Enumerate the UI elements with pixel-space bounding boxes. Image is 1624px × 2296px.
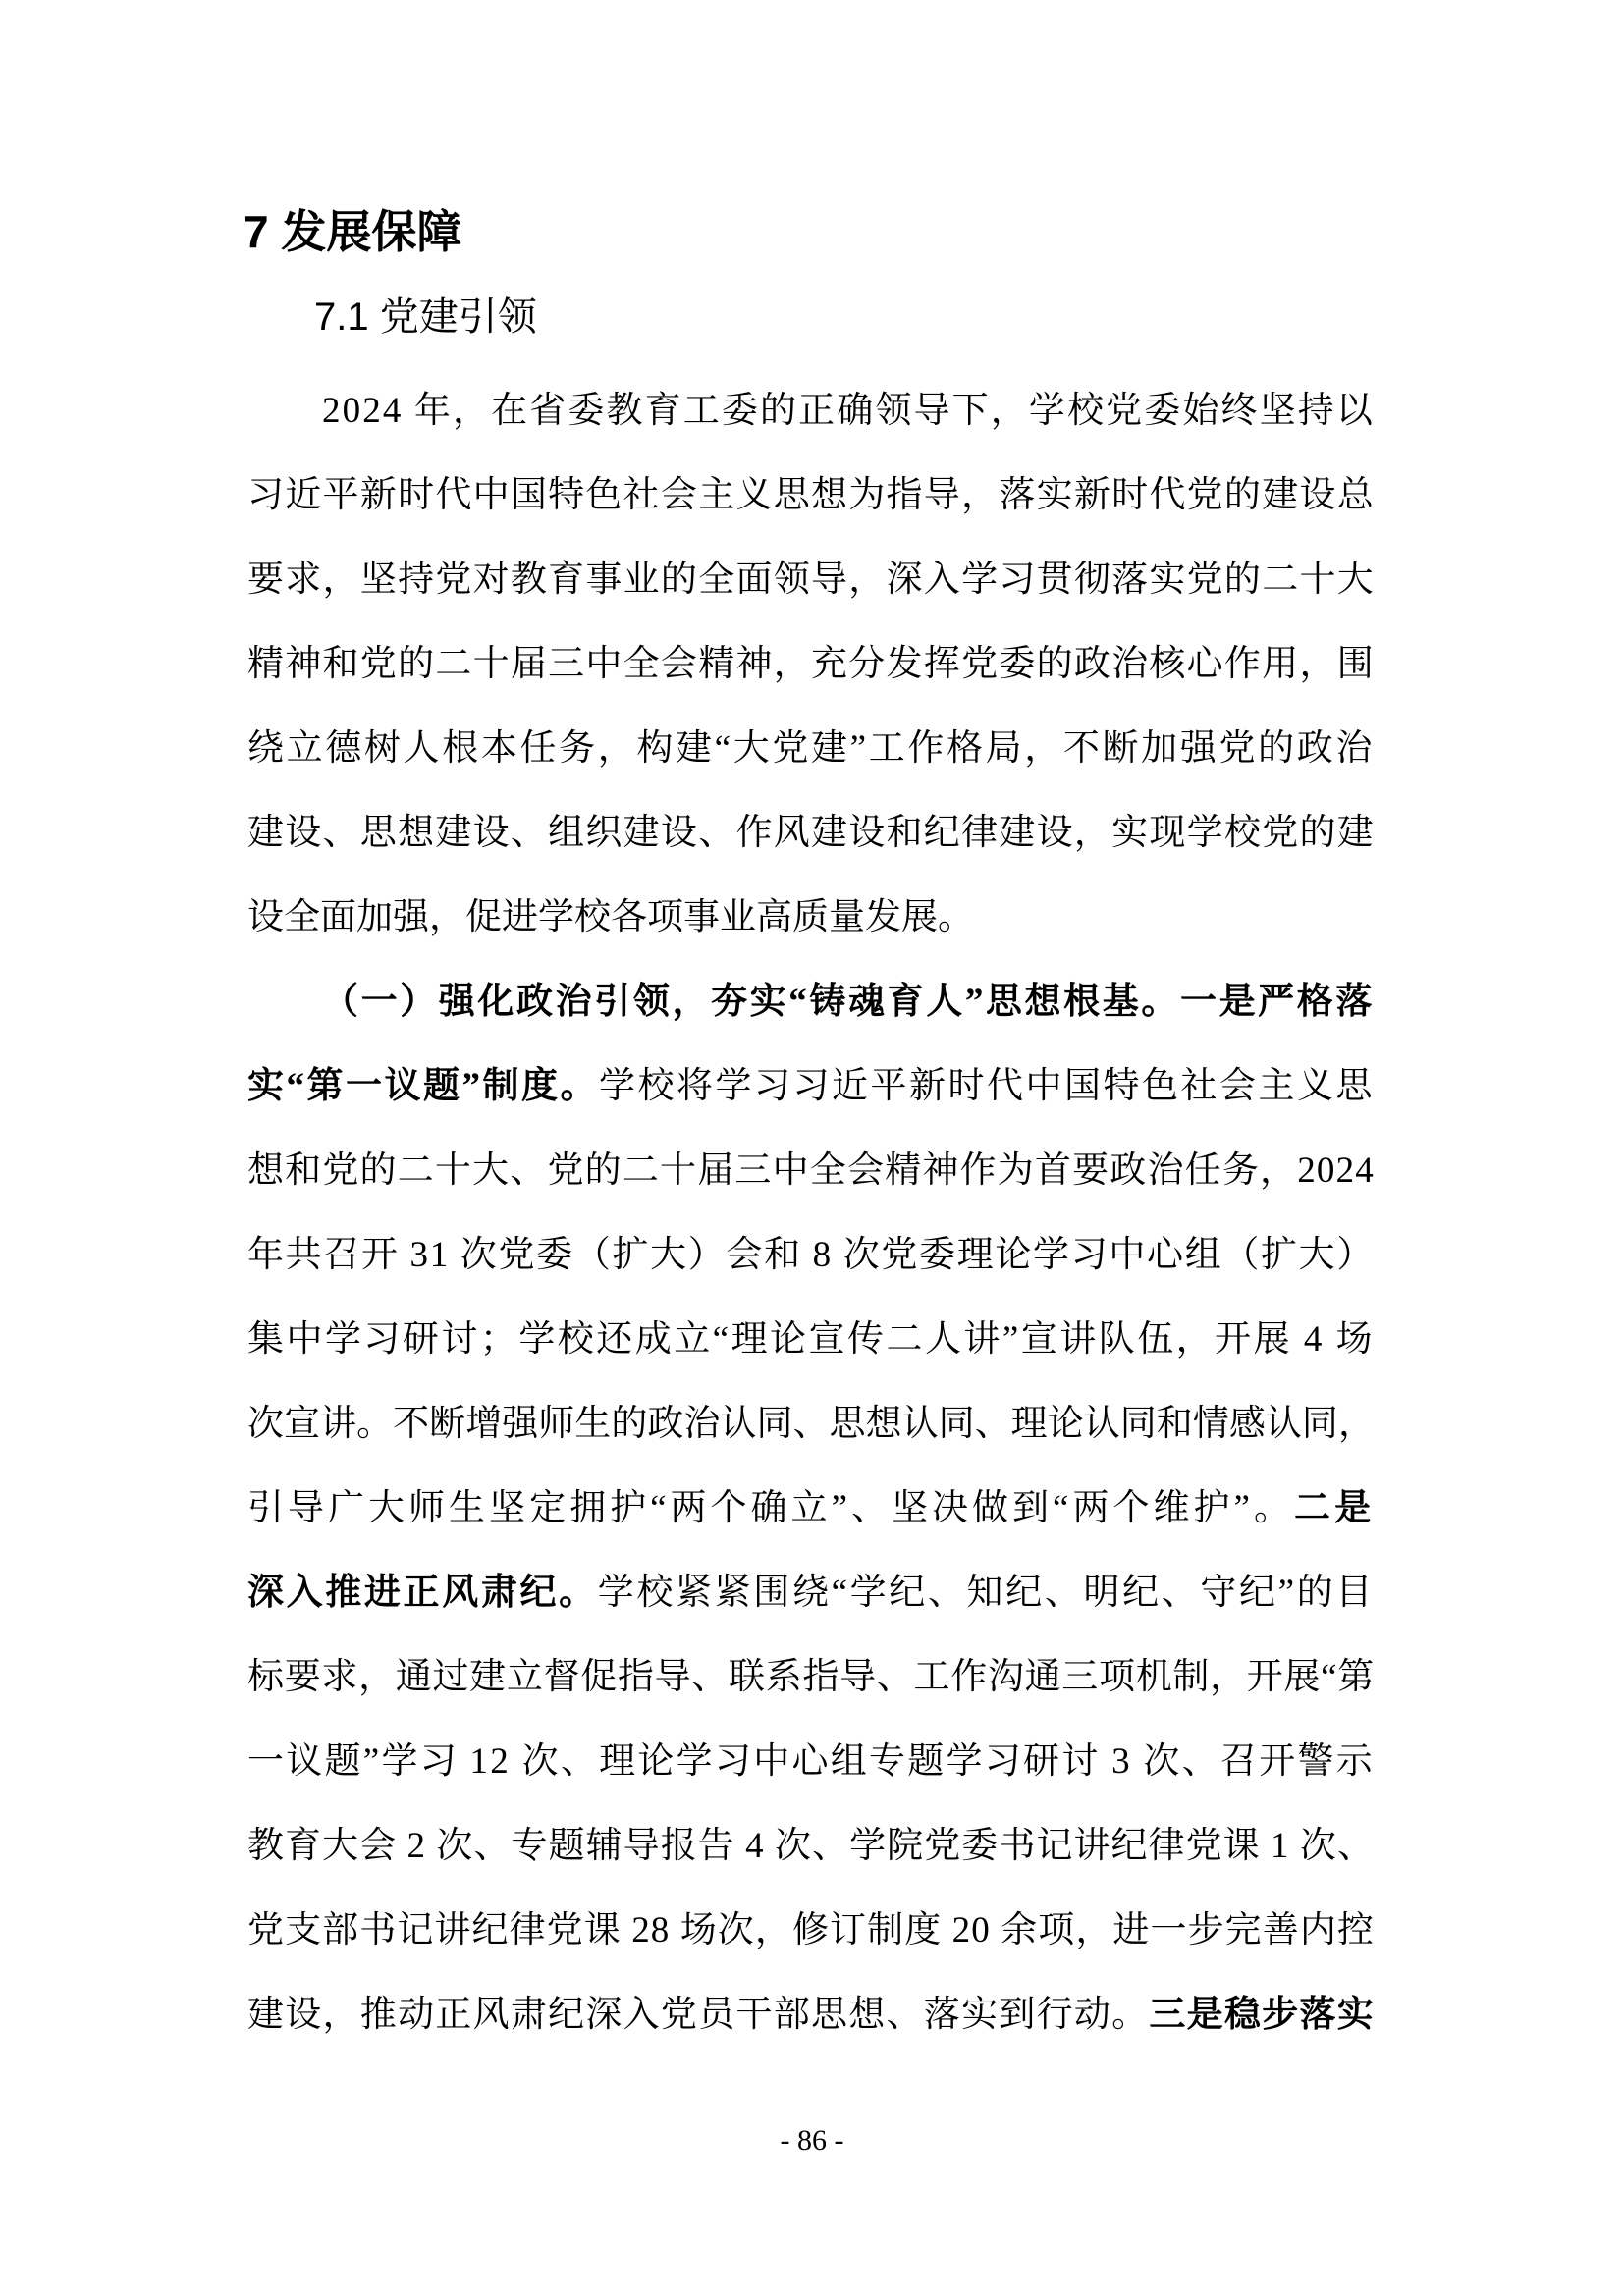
text-line: 绕立德树人根本任务，构建“大党建”工作格局，不断加强党的政治 [247,707,1375,791]
text-run: 建设，推动正风肃纪深入党员干部思想、落实到行动。 [247,1995,1149,2035]
text-run-bold: 三是稳步落实 [1149,1995,1375,2035]
text-line: 建设，推动正风肃纪深入党员干部思想、落实到行动。三是稳步落实 [247,1973,1375,2057]
section-heading: 7 发展保障 [244,201,461,262]
subsection-heading: 7.1 党建引领 [314,289,537,346]
text-run: 想和党的二十大、党的二十届三中全会精神作为首要政治任务，2024 [247,1150,1375,1191]
text-run-bold: （一）强化政治引领，夯实“铸魂育人”思想根基。一是严格落 [322,982,1375,1022]
text-run: 建设、思想建设、组织建设、作风建设和纪律建设，实现学校党的建 [247,813,1375,853]
text-line: 年共召开 31 次党委（扩大）会和 8 次党委理论学习中心组（扩大） [247,1213,1375,1298]
text-line: 一议题”学习 12 次、理论学习中心组专题学习研讨 3 次、召开警示 [247,1720,1375,1804]
text-run: 标要求，通过建立督促指导、联系指导、工作沟通三项机制，开展“第 [247,1657,1375,1697]
text-run: 党支部书记讲纪律党课 28 场次，修订制度 20 余项，进一步完善内控 [247,1910,1375,1950]
text-line: 要求，坚持党对教育事业的全面领导，深入学习贯彻落实党的二十大 [247,538,1375,622]
text-line: 建设、思想建设、组织建设、作风建设和纪律建设，实现学校党的建 [247,791,1375,876]
text-run: 学校紧紧围绕“学纪、知纪、明纪、守纪”的目 [598,1573,1375,1613]
text-line: 引导广大师生坚定拥护“两个确立”、坚决做到“两个维护”。二是 [247,1467,1375,1551]
text-run-bold: 实“第一议题”制度。 [247,1066,599,1106]
body-text: 2024 年，在省委教育工委的正确领导下，学校党委始终坚持以 习近平新时代中国特… [247,369,1375,2057]
text-line: 党支部书记讲纪律党课 28 场次，修订制度 20 余项，进一步完善内控 [247,1889,1375,1973]
text-run: 设全面加强，促进学校各项事业高质量发展。 [247,897,974,937]
text-line: 教育大会 2 次、专题辅导报告 4 次、学院党委书记讲纪律党课 1 次、 [247,1804,1375,1889]
text-line: （一）强化政治引领，夯实“铸魂育人”思想根基。一是严格落 [247,960,1375,1044]
text-line: 2024 年，在省委教育工委的正确领导下，学校党委始终坚持以 [247,369,1375,454]
text-run: 精神和党的二十届三中全会精神，充分发挥党委的政治核心作用，围 [247,644,1375,684]
text-run: 习近平新时代中国特色社会主义思想为指导，落实新时代党的建设总 [247,475,1375,515]
text-line: 标要求，通过建立督促指导、联系指导、工作沟通三项机制，开展“第 [247,1635,1375,1720]
text-run: 一议题”学习 12 次、理论学习中心组专题学习研讨 3 次、召开警示 [247,1741,1375,1782]
text-run-bold: 二是 [1294,1488,1375,1528]
text-line: 精神和党的二十届三中全会精神，充分发挥党委的政治核心作用，围 [247,622,1375,707]
page-number: - 86 - [0,2120,1624,2162]
text-run: 集中学习研讨；学校还成立“理论宣传二人讲”宣讲队伍，开展 4 场 [247,1319,1375,1360]
text-line: 实“第一议题”制度。学校将学习习近平新时代中国特色社会主义思 [247,1044,1375,1129]
text-run: 教育大会 2 次、专题辅导报告 4 次、学院党委书记讲纪律党课 1 次、 [247,1826,1375,1866]
text-line: 设全面加强，促进学校各项事业高质量发展。 [247,876,1375,960]
text-run-bold: 深入推进正风肃纪。 [247,1573,598,1613]
text-run: 要求，坚持党对教育事业的全面领导，深入学习贯彻落实党的二十大 [247,560,1375,600]
text-line: 次宣讲。不断增强师生的政治认同、思想认同、理论认同和情感认同， [247,1382,1375,1467]
text-run: 绕立德树人根本任务，构建“大党建”工作格局，不断加强党的政治 [247,728,1375,769]
text-run: 年共召开 31 次党委（扩大）会和 8 次党委理论学习中心组（扩大） [247,1235,1375,1275]
text-line: 深入推进正风肃纪。学校紧紧围绕“学纪、知纪、明纪、守纪”的目 [247,1551,1375,1635]
document-page: 7 发展保障 7.1 党建引领 2024 年，在省委教育工委的正确领导下，学校党… [0,0,1624,2296]
text-run: 次宣讲。不断增强师生的政治认同、思想认同、理论认同和情感认同， [247,1404,1375,1444]
text-line: 集中学习研讨；学校还成立“理论宣传二人讲”宣讲队伍，开展 4 场 [247,1298,1375,1382]
text-run: 2024 年，在省委教育工委的正确领导下，学校党委始终坚持以 [322,391,1375,431]
text-run: 学校将学习习近平新时代中国特色社会主义思 [599,1066,1375,1106]
text-run: 引导广大师生坚定拥护“两个确立”、坚决做到“两个维护”。 [247,1488,1294,1528]
text-line: 想和党的二十大、党的二十届三中全会精神作为首要政治任务，2024 [247,1129,1375,1213]
text-line: 习近平新时代中国特色社会主义思想为指导，落实新时代党的建设总 [247,454,1375,538]
